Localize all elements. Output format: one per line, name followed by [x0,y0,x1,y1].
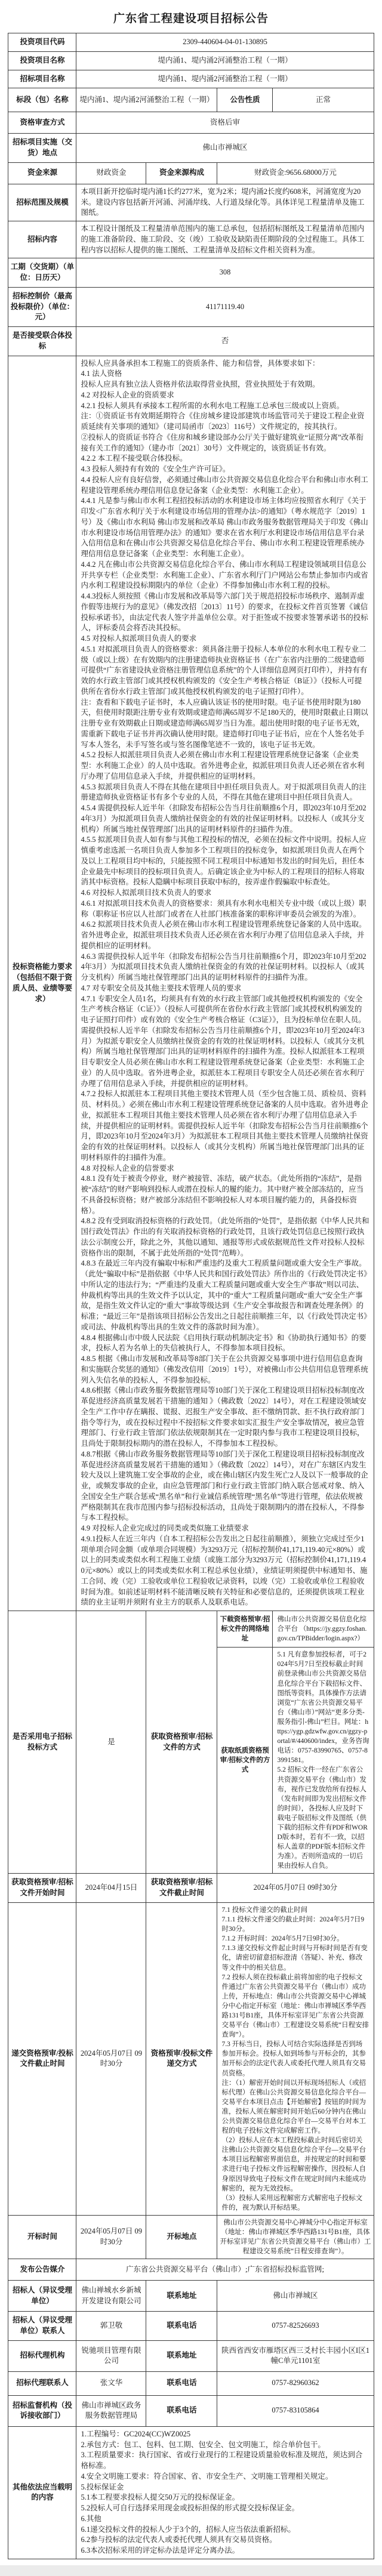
page-title: 广东省工程建设项目招标公告 [0,0,382,33]
submit-deadline-label: 递交资格预审/投标文件截止时间 [8,1902,76,2215]
paper-method-value: 5.1 凡有意参加投标者，可于2024年5月7日至投标截止时间前登录佛山市公共资… [273,1648,374,1874]
content-label: 招标内容 [8,221,76,258]
download-url-label: 下载资格预审/招标文件的网络地址 [217,1611,273,1648]
qualification-label: 投标资格能力要求（包括但不限于资质人员、业绩等要求） [8,356,76,1611]
agency-contact-label: 招标代理联系人 [8,2371,76,2395]
tender-announcement-page: 广东省工程建设项目招标公告 投资项目代码 2309-440604-04-01-1… [0,0,382,2576]
media-value: 广东省公共资源交易平台（佛山市）;广东省招标投标监管网; [76,2259,374,2281]
notice-nature-value: 正常 [273,88,374,112]
tenderer-contact-value: 郭卫敬 [76,2312,146,2341]
submit-method-label: 资格预审/投标文件递交方式 [146,1902,217,2215]
open-time-label: 开标时间 [8,2215,76,2259]
supervisor-label: 招标监督机构（投诉接收部门） [8,2395,76,2426]
invest-code-value: 2309-440604-04-01-130895 [76,33,374,52]
supervisor-phone-value: 0757-83105864 [217,2395,374,2426]
open-time-value: 2024年05月07日 09时30分 [76,2215,146,2259]
other-value: 1.工程编号：GC2024(CC)WZ0025 2.承包方式：包工、包料、包工期… [76,2426,374,2559]
row-duration: 工期（交货期）（单位：日历天） 308 [8,258,374,288]
row-obtain-time: 获取资格预审/招标文件开始时间 2024年04月15日 获取资格预审/招标文件截… [8,1874,374,1903]
open-place-value: 佛山市公共资源交易中心禅城分中心指定开标室（地址：佛山市禅城区季华西路131号B… [217,2215,374,2259]
qual-method-label: 资格审查方式 [8,112,76,134]
obtain-method-label: 获取资格预审/招标文件的方式 [146,1611,217,1874]
row-tenderer-contact: 招标人（异议受理单位）联系人 郭卫敬 联系电话 0757-82526693 [8,2312,374,2341]
scope-label: 招标范围及规模 [8,184,76,221]
page-bottom-strip [0,2565,382,2576]
obtain-start-label: 获取资格预审/招标文件开始时间 [8,1874,76,1903]
row-fund-source: 资金来源 财政资金 资金来源构成 财政资金:9656.68000万元 [8,162,374,184]
row-agency-contact: 招标代理联系人 张文华 联系电话 0757-82960362 [8,2371,374,2395]
supervisor-value: 佛山市禅城区政务服务数据管理局 [76,2395,146,2426]
tenderer-value: 佛山禅城水乡新城开发建设有限公司 [76,2281,146,2312]
row-section-name: 标段（包）名称 堤内涌1、堤内涌2河涌整治工程（一期） 公告性质 正常 [8,88,374,112]
supervisor-phone-label: 联系电话 [146,2395,217,2426]
control-price-label: 招标控制价（最高投标限价）（单位：元） [8,287,76,326]
invest-name-label: 投资项目名称 [8,51,76,70]
agency-addr-value: 陕西省西安市雁塔区西三爻村长丰园小区I区1幢C单元1101室 [217,2340,374,2371]
qual-method-value: 资格后审 [76,112,374,134]
row-media: 发布公告媒介 广东省公共资源交易平台（佛山市）;广东省招标投标监管网; [8,2259,374,2281]
download-url-value: 佛山市公共资源交易信息化综合平台 （https://jy.ggzy.foshan… [273,1611,374,1648]
location-label: 招标项目实施（交货）地点 [8,134,76,163]
row-invest-name: 投资项目名称 堤内涌1、堤内涌2河涌整治工程（一期） [8,51,374,70]
agency-phone-value: 0757-82960362 [217,2371,374,2395]
fund-source-label: 资金来源 [8,162,76,184]
obtain-end-label: 获取资格预审/招标文件截止时间 [146,1874,217,1903]
tenderer-label: 招标人（异议受理单位） [8,2281,76,2312]
section-name-label: 标段（包）名称 [8,88,76,112]
consortium-label: 是否接受联合体投标 [8,327,76,356]
row-agency: 招标代理机构 锐驰项目管理有限公司 联系地址 陕西省西安市雁塔区西三爻村长丰园小… [8,2340,374,2371]
consortium-value: 否 [76,327,374,356]
row-location: 招标项目实施（交货）地点 佛山市禅城区 [8,134,374,163]
row-qualification: 投标资格能力要求（包括但不限于资质人员、业绩等要求） 投标人应具备承担本工程施工… [8,356,374,1611]
agency-label: 招标代理机构 [8,2340,76,2371]
agency-contact-value: 张文华 [76,2371,146,2395]
row-supervisor: 招标监督机构（投诉接收部门） 佛山市禅城区政务服务数据管理局 联系电话 0757… [8,2395,374,2426]
row-control-price: 招标控制价（最高投标限价）（单位：元） 41171119.40 [8,287,374,326]
row-scope: 招标范围及规模 本项目新开挖临时堤内涌1长约277米，宽为2米；堤内涌2长度约6… [8,184,374,221]
row-consortium: 是否接受联合体投标 否 [8,327,374,356]
row-submit: 递交资格预审/投标文件截止时间 2024年05月07日 09时30分 资格预审/… [8,1902,374,2215]
obtain-end-value: 2024年05月07日 09时30分 [217,1874,374,1903]
row-qual-method: 资格审查方式 资格后审 [8,112,374,134]
tender-name-value: 堤内涌1、堤内涌2河涌整治工程（一期） [76,70,374,88]
paper-method-label: 获取纸质资格预审/招标文件的方式 [217,1648,273,1874]
qualification-value: 投标人应具备承担本工程施工的资质条件、能力和信誉，具体要求如下： 4.1 法人资… [76,356,374,1611]
agency-phone-label: 联系电话 [146,2371,217,2395]
other-label: 其他依法应当载明的内容 [8,2426,76,2559]
row-tender-name: 招标项目名称 堤内涌1、堤内涌2河涌整治工程（一期） [8,70,374,88]
tenderer-phone-value: 0757-82526693 [217,2312,374,2341]
tender-name-label: 招标项目名称 [8,70,76,88]
row-content: 招标内容 本工程设计图纸及工程量清单范围内的施工总承包，包括招标图纸及工程量清单… [8,221,374,258]
agency-addr-label: 联系地址 [146,2340,217,2371]
agency-value: 锐驰项目管理有限公司 [76,2340,146,2371]
control-price-value: 41171119.40 [76,287,374,326]
announcement-table: 投资项目代码 2309-440604-04-01-130895 投资项目名称 堤… [8,33,374,2559]
invest-name-value: 堤内涌1、堤内涌2河涌整治工程（一期） [76,51,374,70]
row-other: 其他依法应当载明的内容 1.工程编号：GC2024(CC)WZ0025 2.承包… [8,2426,374,2559]
submit-deadline-value: 2024年05月07日 09时30分 [76,1902,146,2215]
open-place-label: 开标地点 [146,2215,217,2259]
fund-comp-label: 资金来源构成 [146,162,217,184]
duration-value: 308 [76,258,374,288]
tenderer-addr-label: 联系地址 [146,2281,217,2312]
fund-source-value: 财政资金 [76,162,146,184]
duration-label: 工期（交货期）（单位：日历天） [8,258,76,288]
invest-code-label: 投资项目代码 [8,33,76,52]
media-label: 发布公告媒介 [8,2259,76,2281]
submit-method-value: 7.1 投标文件递交的截止时间 7.1.1 投标文件递交的截止时间：2024年5… [217,1902,374,2215]
content-value: 本工程设计图纸及工程量清单范围内的施工总承包，包括招标图纸及工程量清单范围内的施… [76,221,374,258]
location-value: 佛山市禅城区 [76,134,374,163]
notice-nature-label: 公告性质 [217,88,273,112]
tenderer-phone-label: 联系电话 [146,2312,217,2341]
obtain-start-value: 2024年04月15日 [76,1874,146,1903]
scope-value: 本项目新开挖临时堤内涌1长约277米，宽为2米；堤内涌2长度约608米，河涌宽度… [76,184,374,221]
electronic-value: 是 [76,1611,146,1874]
row-electronic-obtain-1: 是否采用电子招标投标方式 是 获取资格预审/招标文件的方式 下载资格预审/招标文… [8,1611,374,1648]
tenderer-addr-value: 佛山市禅城区 [217,2281,374,2312]
row-invest-code: 投资项目代码 2309-440604-04-01-130895 [8,33,374,52]
electronic-label: 是否采用电子招标投标方式 [8,1611,76,1874]
tenderer-contact-label: 招标人（异议受理单位）联系人 [8,2312,76,2341]
section-name-value: 堤内涌1、堤内涌2河涌整治工程（一期） [76,88,217,112]
row-open: 开标时间 2024年05月07日 09时30分 开标地点 佛山市公共资源交易中心… [8,2215,374,2259]
row-tenderer: 招标人（异议受理单位） 佛山禅城水乡新城开发建设有限公司 联系地址 佛山市禅城区 [8,2281,374,2312]
fund-comp-value: 财政资金:9656.68000万元 [217,162,374,184]
